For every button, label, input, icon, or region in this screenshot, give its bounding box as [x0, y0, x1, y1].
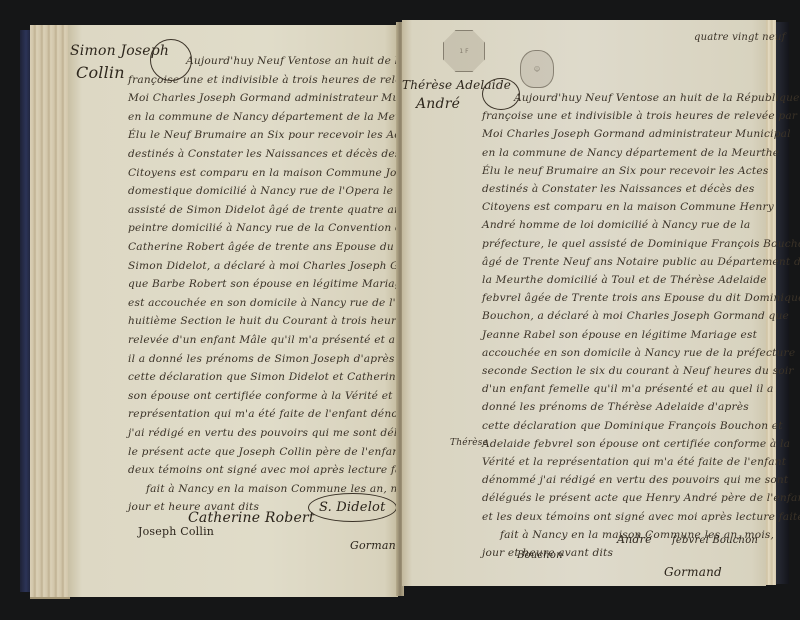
text-line: destinés à Constater les Naissances et d… [128, 148, 400, 160]
text-line: j'ai rédigé en vertu des pouvoirs qui me… [128, 427, 430, 439]
signature-catherine-robert: Catherine Robert [188, 510, 315, 526]
folio-number: quatre vingt neuf [694, 32, 786, 43]
text-line: assisté de Simon Didelot âgé de trente q… [128, 204, 407, 216]
text-line: seconde Section le six du courant à Neuf… [482, 365, 794, 377]
text-line: le présent acte que Joseph Collin père d… [128, 446, 437, 458]
text-line: Adelaide febvrel son épouse ont certifié… [482, 438, 790, 450]
text-line: son épouse ont certifiée conforme à la V… [128, 390, 406, 402]
text-line: donné les prénoms de Thérèse Adelaide d'… [482, 401, 749, 413]
signature-gormand: Gormand [664, 565, 722, 579]
text-line: dénommé j'ai rédigé en vertu des pouvoir… [482, 474, 788, 486]
text-line: André homme de loi domicilié à Nancy rue… [482, 219, 750, 231]
text-line: relevée d'un enfant Mâle qu'il m'a prése… [128, 334, 430, 346]
text-line: en la commune de Nancy département de la… [482, 147, 779, 159]
text-line: Aujourd'huy Neuf Ventose an huit de la R… [514, 92, 800, 104]
signature-didelot: S. Didelot [308, 493, 397, 522]
text-line: peintre domicilié à Nancy rue de la Conv… [128, 222, 423, 234]
text-line: représentation qui m'a été faite de l'en… [128, 408, 425, 420]
text-line: d'un enfant femelle qu'il m'a présenté e… [482, 383, 774, 395]
open-register-book: Simon Joseph Collin Aujourd'huy Neuf Ven… [0, 0, 800, 620]
text-line: accouchée en son domicile à Nancy rue de… [482, 347, 795, 359]
right-page: quatre vingt neuf Thérèse Adelaide André… [402, 20, 766, 586]
text-line: Élu le Neuf Brumaire an Six pour recevoi… [128, 129, 417, 141]
signature-andre: André [617, 533, 652, 546]
text-line: que Barbe Robert son épouse en légitime … [128, 278, 408, 290]
text-line: Catherine Robert âgée de trente ans Epou… [128, 241, 412, 253]
text-line: Élu le neuf Brumaire an Six pour recevoi… [482, 165, 769, 177]
text-line: préfecture, le quel assisté de Dominique… [482, 238, 800, 250]
signature-bouchon: Bouchon [517, 550, 563, 561]
text-line: Vérité et la représentation qui m'a été … [482, 456, 786, 468]
text-line: cette déclaration que Dominique François… [482, 420, 783, 432]
text-line: françoise une et indivisible à trois heu… [482, 110, 800, 122]
text-line: destinés à Constater les Naissances et d… [482, 183, 754, 195]
text-line: Moi Charles Joseph Gormand administrateu… [482, 128, 791, 140]
text-line: Simon Didelot, a déclaré à moi Charles J… [128, 260, 441, 272]
margin-name-surname: Collin [76, 63, 125, 82]
margin-name-surname: André [416, 96, 460, 112]
text-line: âgé de Trente Neuf ans Notaire public au… [482, 256, 800, 268]
text-line: Citoyens est comparu en la maison Commun… [482, 201, 774, 213]
portrait-seal-stamp-icon: ☺ [520, 50, 554, 88]
left-page: Simon Joseph Collin Aujourd'huy Neuf Ven… [68, 25, 398, 597]
text-line: délégués le présent acte que Henry André… [482, 492, 800, 504]
text-line: il a donné les prénoms de Simon Joseph d… [128, 353, 395, 365]
text-line: et les deux témoins ont signé avec moi a… [482, 511, 800, 523]
text-line: domestique domicilié à Nancy rue de l'Op… [128, 185, 421, 197]
text-line: febvrel âgée de Trente trois ans Epouse … [482, 292, 800, 304]
signature-joseph-collin: Joseph Collin [138, 525, 214, 538]
text-line: fait à Nancy en la maison Commune les an… [146, 483, 417, 495]
text-line: huitième Section le huit du Courant à tr… [128, 315, 425, 327]
text-line: Bouchon, a déclaré à moi Charles Joseph … [482, 310, 789, 322]
text-line: est accouchée en son domicile à Nancy ru… [128, 297, 430, 309]
text-line: Moi Charles Joseph Gormand administrateu… [128, 92, 437, 104]
text-line: en la commune de Nancy département de la… [128, 111, 425, 123]
text-line: deux témoins ont signé avec moi après le… [128, 464, 416, 476]
text-line: la Meurthe domicilié à Toul et de Thérès… [482, 274, 767, 286]
text-line: Jeanne Rabel son épouse en légitime Mari… [482, 329, 757, 341]
page-stack-left [30, 25, 70, 599]
signature-febvrel-bouchon: febvrel Bouchon [672, 535, 758, 546]
